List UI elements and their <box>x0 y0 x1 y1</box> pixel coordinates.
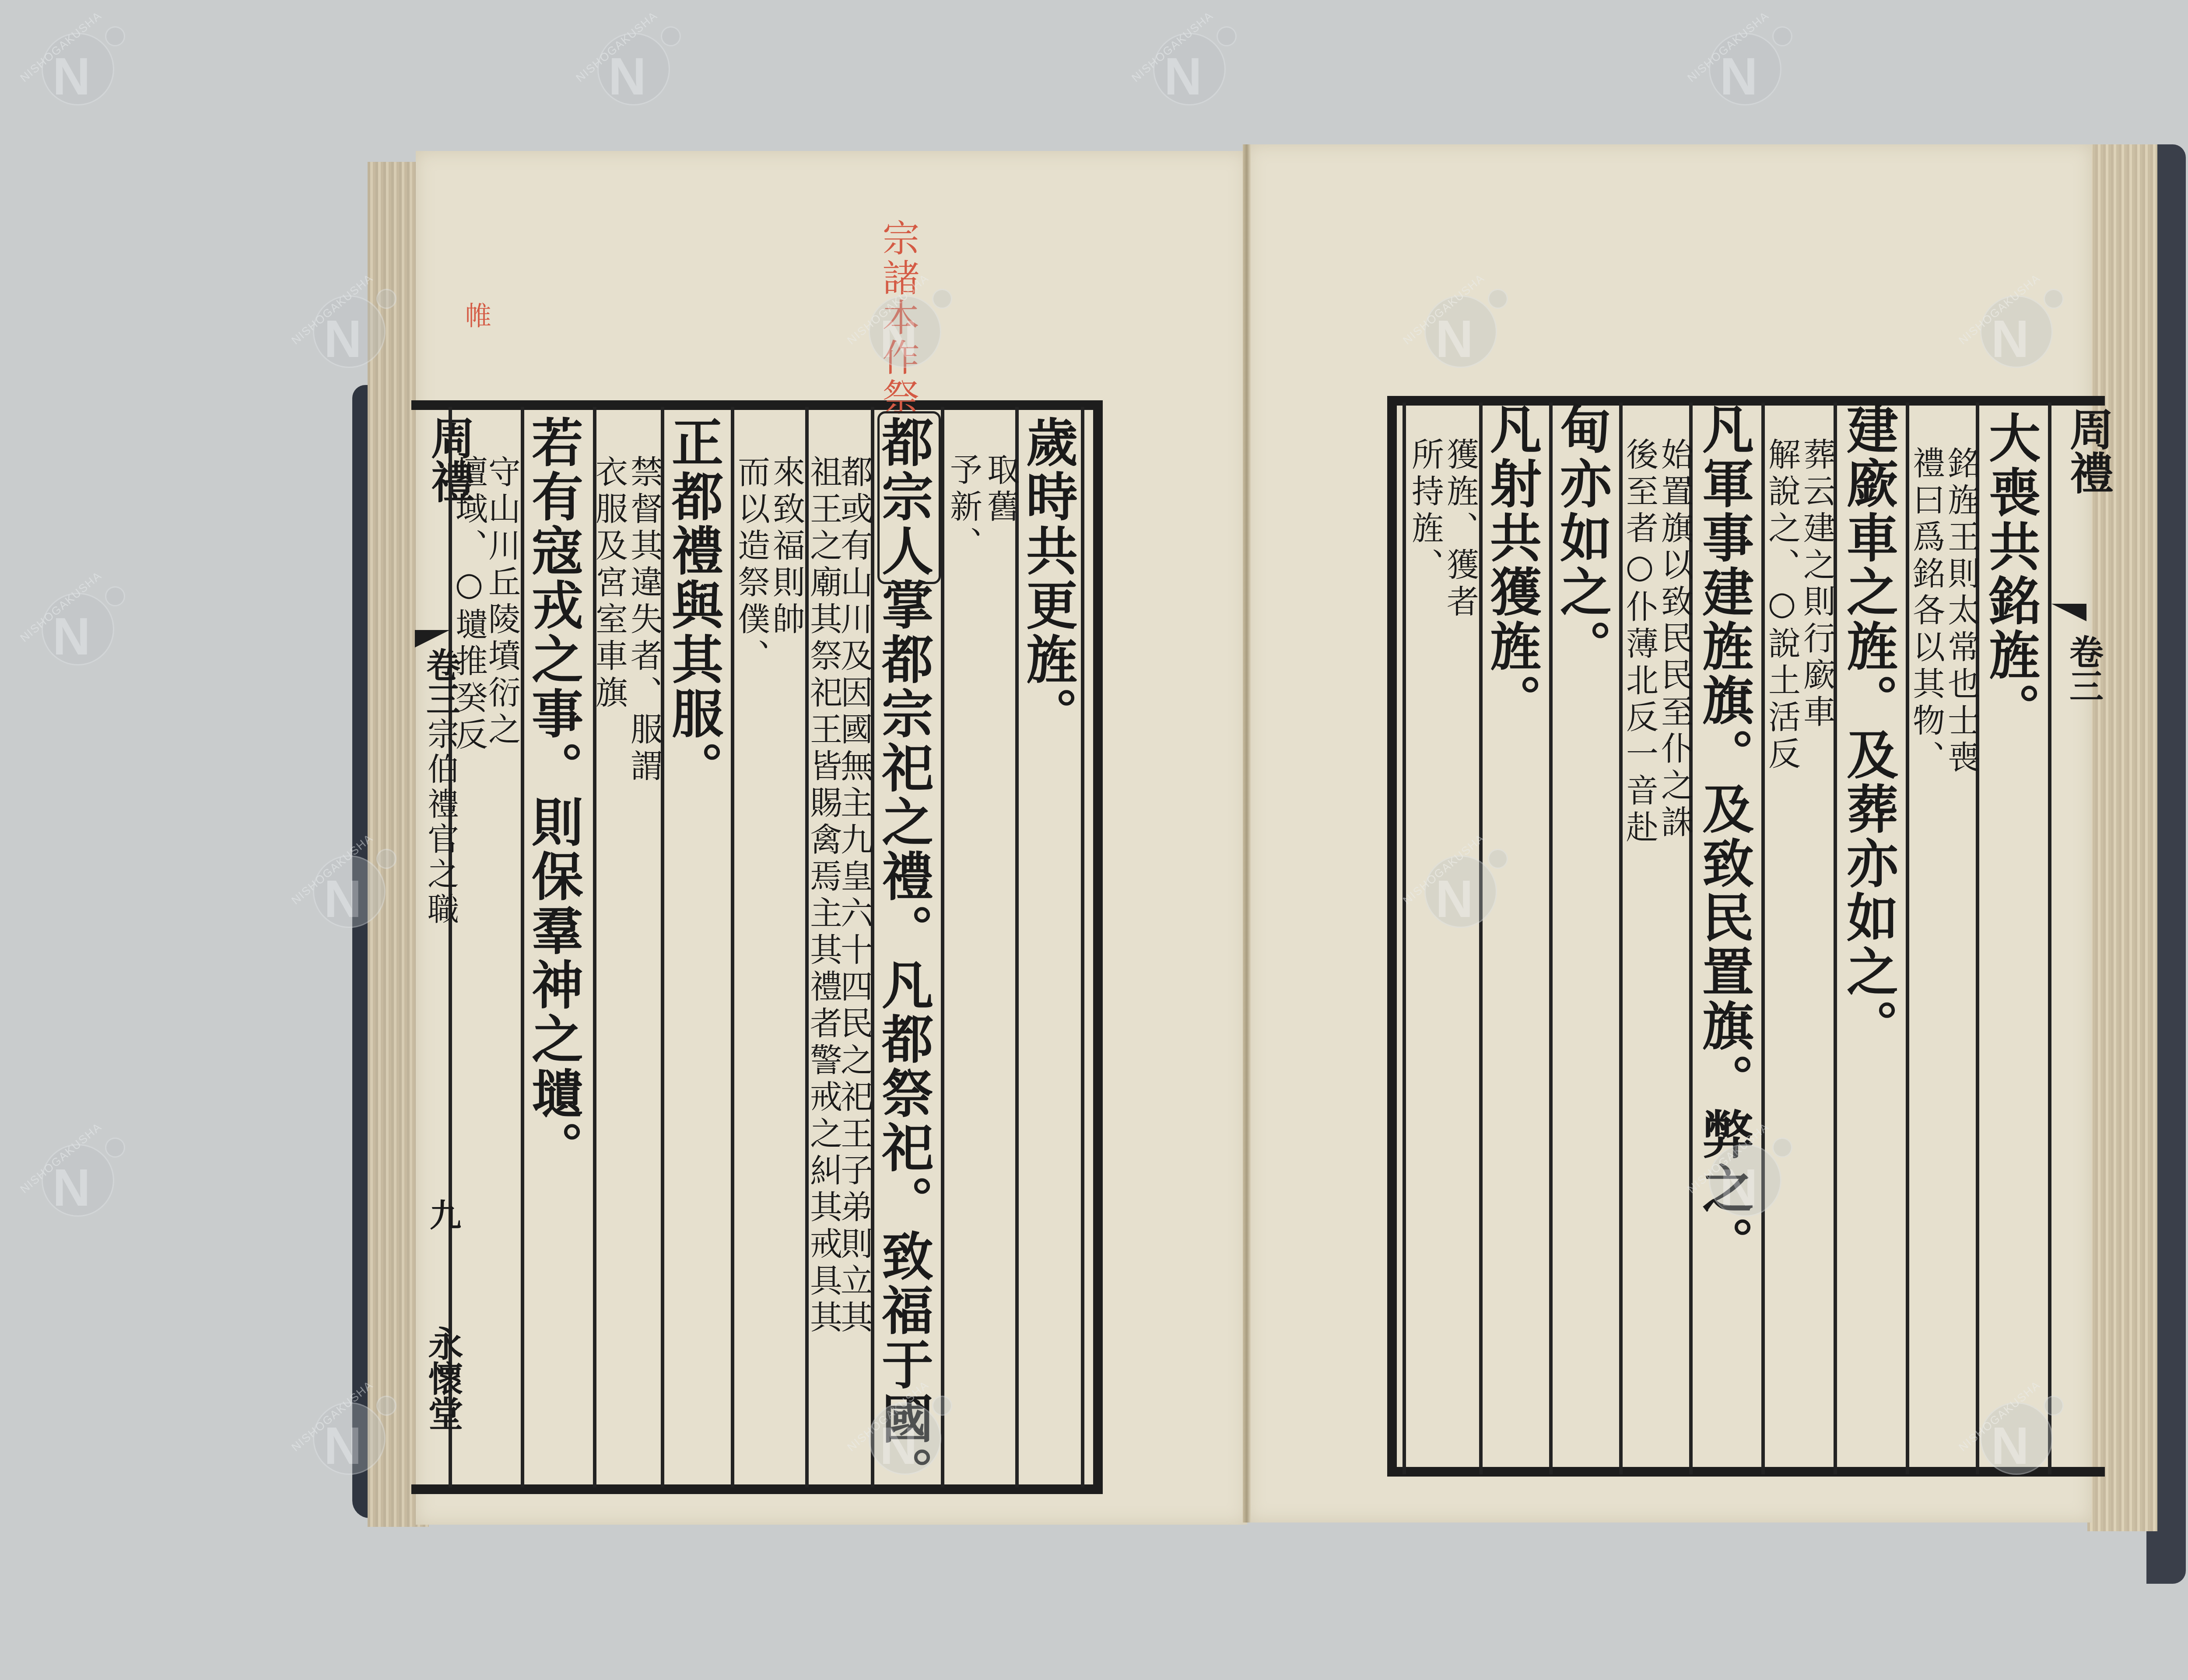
column-rule <box>1081 407 1084 1487</box>
book-gutter <box>1243 144 1251 1522</box>
text-column-main: 建廞車之旌。及葬亦如之。 <box>1842 402 1894 1053</box>
text-column-main: 大喪共銘旌。 <box>1985 411 2036 737</box>
right-margin-title: 周禮 <box>2057 407 2120 494</box>
text-column-commentary: 取舊 <box>985 453 1017 526</box>
text-column-commentary: 祖王之廟其祭祀王皆賜禽焉主其禮者警戒之糾其戒具其 <box>807 455 840 1337</box>
text-column-commentary: 禮曰爲銘各以其物、 <box>1910 446 1943 777</box>
text-column-commentary: 後至者○仆薄北反一音赴 <box>1623 437 1656 847</box>
heading-box <box>877 411 941 584</box>
watermark-logo-icon: NNISHOGAKUSHA <box>1685 9 1790 114</box>
text-column-commentary: 解說之、○說土活反 <box>1766 437 1798 773</box>
text-column-commentary: 銘旌王則太常也士喪 <box>1945 446 1978 777</box>
fish-tail-marker-left <box>415 630 450 647</box>
text-column-commentary: 衣服及宮室車旗 <box>593 455 625 712</box>
column-rule <box>941 407 944 1487</box>
right-margin-volume: 卷三 <box>2059 634 2108 703</box>
margin-rule <box>2048 402 2051 1474</box>
left-margin-publisher: 永懷堂 <box>418 1326 468 1431</box>
watermark-logo-icon: NNISHOGAKUSHA <box>289 271 394 376</box>
text-column-commentary: 來致福則帥 <box>770 455 803 639</box>
text-column-main: 甸亦如之。 <box>1556 402 1607 674</box>
watermark-logo-icon: NNISHOGAKUSHA <box>1400 831 1505 936</box>
red-marginal-char: 帷 <box>457 302 495 328</box>
watermark-logo-icon: NNISHOGAKUSHA <box>1956 1378 2061 1483</box>
text-column-main: 歲時共更旌。 <box>1022 416 1073 741</box>
left-margin-page-number: 九 <box>420 1199 466 1230</box>
text-column-commentary: 所持旌、 <box>1409 437 1441 584</box>
watermark-logo-icon: NNISHOGAKUSHA <box>1685 1120 1790 1225</box>
text-column-main: 正都禮與其服。 <box>667 416 719 795</box>
text-column-commentary: 守山川丘陵墳衍之 <box>486 455 518 749</box>
text-column-commentary: 禁督其違失者、服謂 <box>628 455 660 786</box>
text-column-commentary: 予新、 <box>947 453 980 563</box>
text-column-commentary: 而以造祭僕、 <box>735 455 768 675</box>
watermark-logo-icon: NNISHOGAKUSHA <box>573 9 678 114</box>
watermark-logo-icon: NNISHOGAKUSHA <box>18 569 123 674</box>
text-column-commentary: 獲旌、獲者 <box>1444 437 1476 621</box>
text-column-commentary: 葬云建之則行廞車 <box>1801 437 1833 731</box>
column-rule <box>1403 402 1406 1474</box>
watermark-logo-icon: NNISHOGAKUSHA <box>845 1378 950 1483</box>
watermark-logo-icon: NNISHOGAKUSHA <box>289 831 394 936</box>
watermark-logo-icon: NNISHOGAKUSHA <box>845 271 950 376</box>
text-column-main: 若有寇戎之事。則保羣神之壝。 <box>527 416 579 1175</box>
text-column-commentary: 壇域、○壝推癸反 <box>453 455 485 754</box>
watermark-logo-icon: NNISHOGAKUSHA <box>18 1120 123 1225</box>
watermark-logo-icon: NNISHOGAKUSHA <box>1129 9 1234 114</box>
watermark-logo-icon: NNISHOGAKUSHA <box>289 1378 394 1483</box>
text-column-commentary: 都或有山川及因國無主九皇六十四民之祀王子弟則立其 <box>838 455 870 1337</box>
watermark-logo-icon: NNISHOGAKUSHA <box>1400 271 1505 376</box>
watermark-logo-icon: NNISHOGAKUSHA <box>18 9 123 114</box>
text-column-main: 凡射共獲旌。 <box>1486 402 1537 728</box>
text-column-commentary: 始置旗以致民民至仆之誅 <box>1659 437 1691 842</box>
fish-tail-marker-right <box>2051 604 2086 621</box>
watermark-logo-icon: NNISHOGAKUSHA <box>1956 271 2061 376</box>
